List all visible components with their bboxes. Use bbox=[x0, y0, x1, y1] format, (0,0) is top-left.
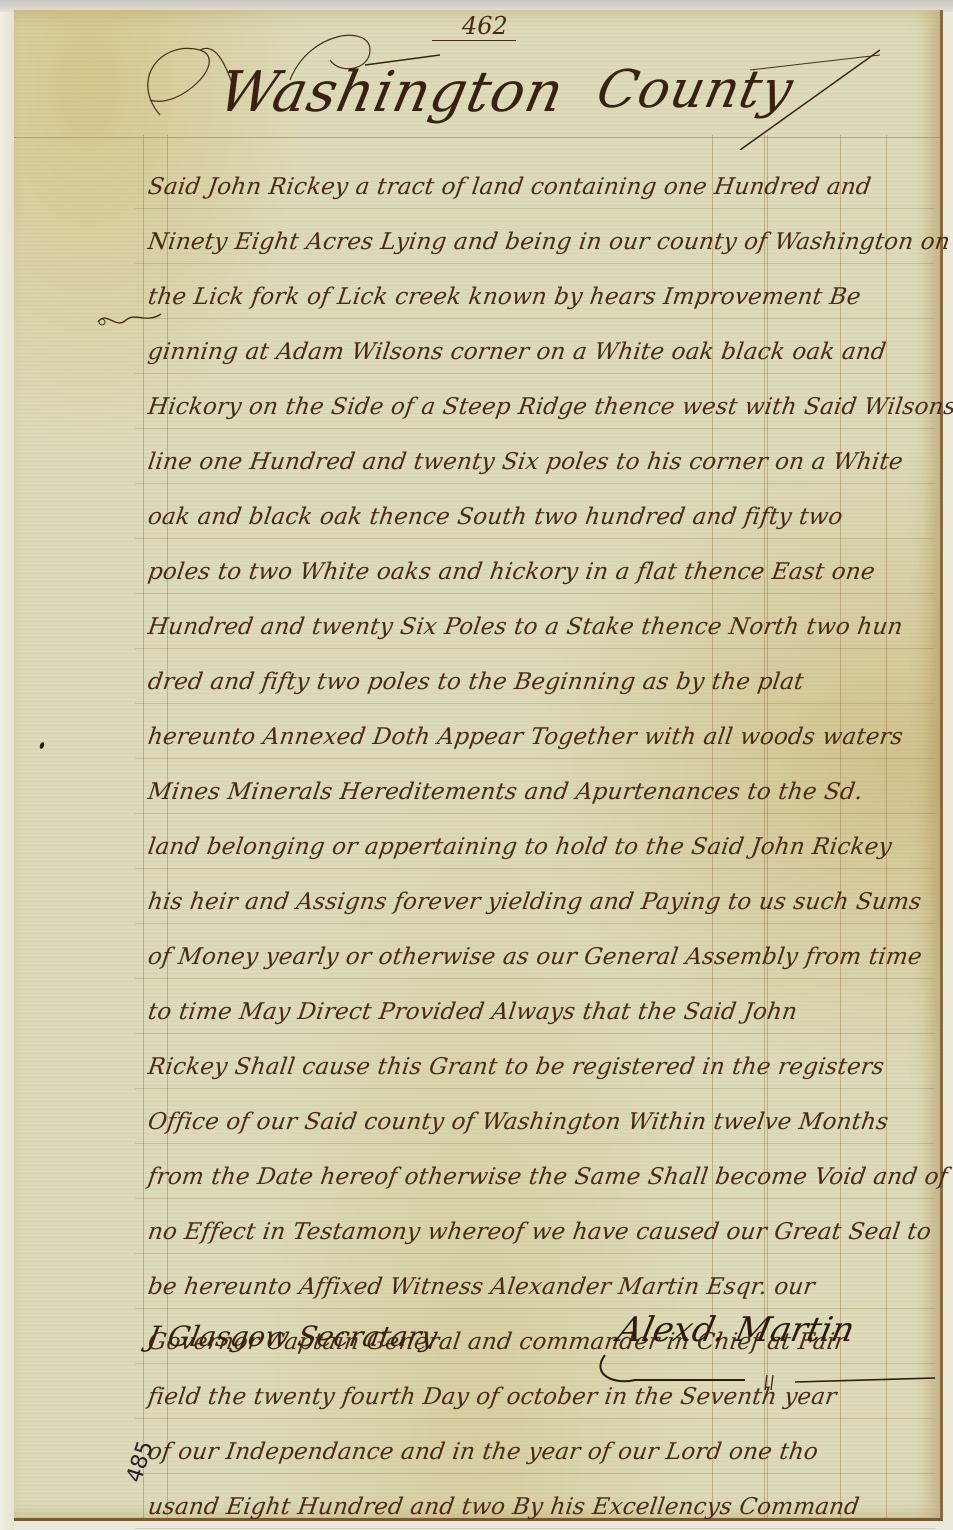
text-line: poles to two White oaks and hickory in a… bbox=[144, 545, 942, 600]
secretary-signature: J Glasgow Secratary bbox=[145, 1320, 440, 1353]
text-line: hereunto Annexed Doth Appear Together wi… bbox=[144, 710, 942, 765]
text-line: his heir and Assigns forever yielding an… bbox=[144, 875, 942, 930]
text-line: Hundred and twenty Six Poles to a Stake … bbox=[144, 600, 942, 655]
county-flourish-icon bbox=[730, 40, 880, 150]
text-line: usand Eight Hundred and two By his Excel… bbox=[144, 1480, 942, 1530]
text-line: Mines Minerals Hereditements and Apurten… bbox=[144, 765, 942, 820]
text-line: Rickey Shall cause this Grant to be regi… bbox=[144, 1040, 942, 1095]
text-line: to time May Direct Provided Always that … bbox=[144, 985, 942, 1040]
page-number: 462 bbox=[432, 12, 516, 41]
text-line: line one Hundred and twenty Six poles to… bbox=[144, 435, 942, 490]
text-line: Hickory on the Side of a Steep Ridge the… bbox=[144, 380, 942, 435]
text-line: Ninety Eight Acres Lying and being in ou… bbox=[144, 215, 942, 270]
text-line: be hereunto Affixed Witness Alexander Ma… bbox=[144, 1260, 942, 1315]
text-line: Office of our Said county of Washington … bbox=[144, 1095, 942, 1150]
text-line: of our Independance and in the year of o… bbox=[144, 1425, 942, 1480]
text-line: land belonging or appertaining to hold t… bbox=[144, 820, 942, 875]
heading-washington: Washington bbox=[213, 60, 570, 125]
governor-signature: Alexd. Martin bbox=[614, 1310, 858, 1350]
text-line: Said John Rickey a tract of land contain… bbox=[144, 160, 942, 215]
text-line: dred and fifty two poles to the Beginnin… bbox=[144, 655, 942, 710]
text-line: ginning at Adam Wilsons corner on a Whit… bbox=[144, 325, 942, 380]
signature-flourish-icon bbox=[595, 1350, 935, 1390]
text-line: of Money yearly or otherwise as our Gene… bbox=[144, 930, 942, 985]
binding-strip bbox=[0, 0, 14, 1530]
text-line: no Effect in Testamony whereof we have c… bbox=[144, 1205, 942, 1260]
text-line: from the Date hereof otherwise the Same … bbox=[144, 1150, 942, 1205]
text-line: oak and black oak thence South two hundr… bbox=[144, 490, 942, 545]
text-line: the Lick fork of Lick creek known by hea… bbox=[144, 270, 942, 325]
